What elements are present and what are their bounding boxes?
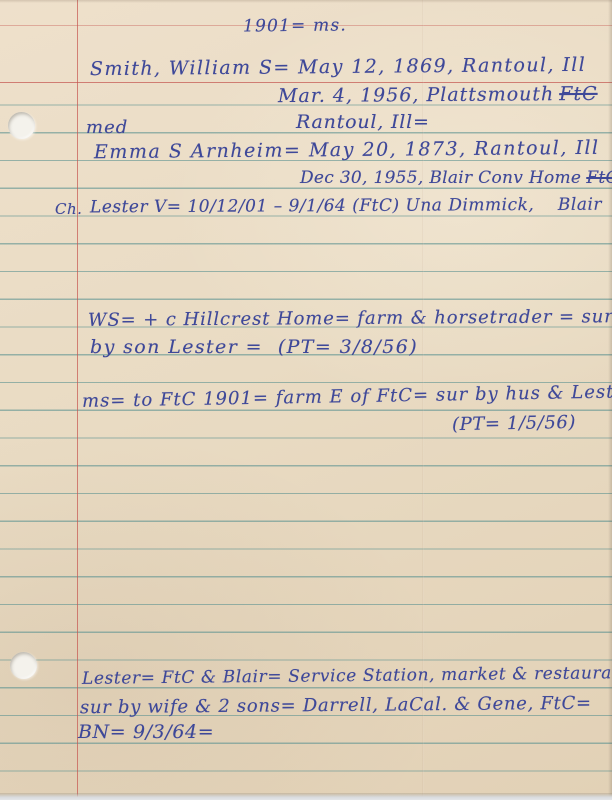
married-label: med (86, 119, 128, 137)
child-line: Lester V= 10/12/01 – 9/1/64 (FtC) Una Di… (90, 197, 602, 217)
wife-death-line: Dec 30, 1955, Blair Conv HomeFtC (300, 170, 612, 187)
entry-death-line: Mar. 4, 1956, PlattsmouthFtC (278, 85, 598, 106)
paper-edge-top (0, 0, 612, 3)
paper-edge-bottom (0, 793, 612, 800)
wife-name-birth-line: Emma S Arnheim= May 20, 1873, Rantoul, I… (94, 139, 600, 162)
lester-obituary-note-line3: BN= 9/3/64= (78, 723, 214, 742)
children-margin-label: Ch. (55, 202, 82, 217)
death-line-struck-text: FtC (559, 83, 598, 105)
wife-death-text: Dec 30, 1955, Blair Conv Home (300, 168, 581, 188)
hole-punch-bottom (10, 652, 37, 679)
hole-punch-top (8, 112, 35, 139)
red-margin-line (77, 0, 78, 800)
notebook-page: 1901= ms. Smith, William S= May 12, 1869… (0, 0, 612, 800)
heading-year-note: 1901= ms. (243, 17, 347, 35)
death-line-text: Mar. 4, 1956, Plattsmouth (278, 83, 554, 107)
ws-obituary-note-line1: WS= + c Hillcrest Home= farm & horsetrad… (88, 308, 612, 330)
married-place: Rantoul, Ill= (296, 113, 430, 132)
wife-death-struck-text: FtC (586, 168, 612, 188)
ms-obituary-note-line2: (PT= 1/5/56) (452, 414, 576, 434)
lester-obituary-note-line2: sur by wife & 2 sons= Darrell, LaCal. & … (80, 695, 592, 717)
entry-name-birth-line: Smith, William S= May 12, 1869, Rantoul,… (90, 56, 586, 79)
ws-obituary-note-line2: by son Lester = (PT= 3/8/56) (90, 338, 418, 357)
